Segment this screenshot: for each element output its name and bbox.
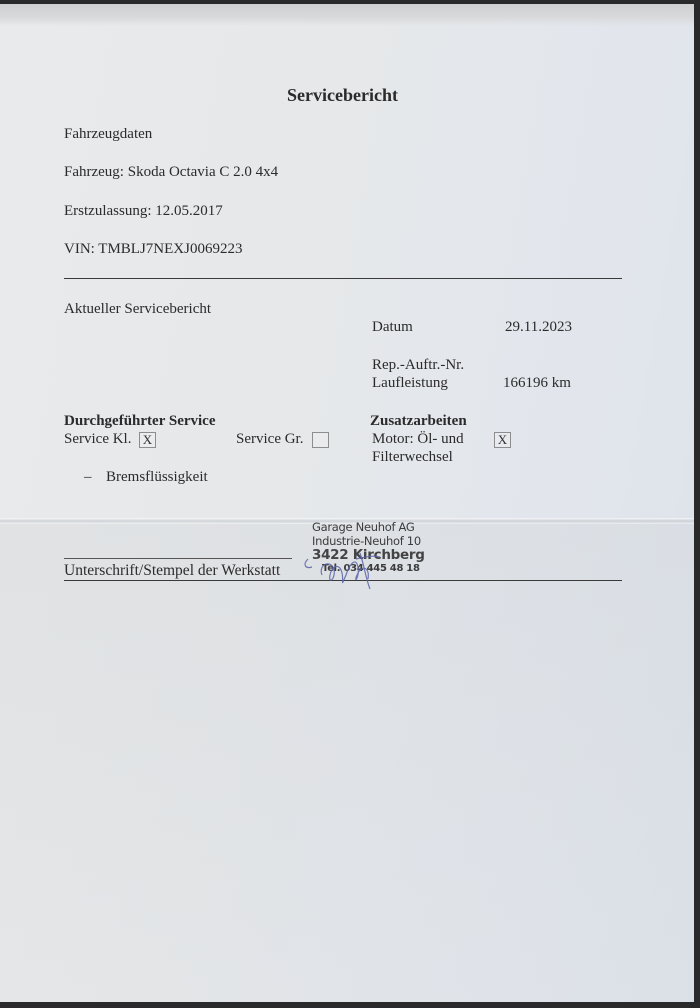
extra-work-heading: Zusatzarbeiten [370, 413, 467, 430]
extra-work-item-line1: Motor: Öl- und [372, 431, 464, 448]
small-service-checkbox: X [139, 432, 156, 448]
mileage-value: 166196 km [503, 375, 571, 392]
list-bullet: – [84, 469, 92, 486]
large-service-label: Service Gr. [236, 431, 303, 448]
vehicle-data-heading: Fahrzeugdaten [64, 126, 152, 143]
extra-work-item-line2: Filterwechsel [372, 449, 453, 466]
service-item-brake-fluid: Bremsflüssigkeit [106, 469, 208, 486]
current-report-heading: Aktueller Servicebericht [64, 301, 211, 318]
small-service-label: Service Kl. [64, 431, 131, 448]
mileage-label: Laufleistung [372, 375, 448, 392]
oil-filter-change-checkbox: X [494, 432, 511, 448]
service-done-heading: Durchgeführter Service [64, 413, 216, 430]
date-label: Datum [372, 319, 413, 336]
large-service-checkbox [312, 432, 329, 448]
first-registration: Erstzulassung: 12.05.2017 [64, 203, 223, 220]
vin-number: VIN: TMBLJ7NEXJ0069223 [64, 241, 242, 258]
handwritten-signature [300, 545, 410, 595]
date-value: 29.11.2023 [505, 319, 572, 336]
repair-order-label: Rep.-Auftr.-Nr. [372, 357, 464, 374]
signature-label: Unterschrift/Stempel der Werkstatt [64, 562, 280, 580]
document-page [0, 4, 694, 1002]
document-title: Servicebericht [287, 85, 398, 106]
signature-line [64, 558, 292, 559]
section-divider [64, 278, 622, 279]
vehicle-model: Fahrzeug: Skoda Octavia C 2.0 4x4 [64, 164, 278, 181]
